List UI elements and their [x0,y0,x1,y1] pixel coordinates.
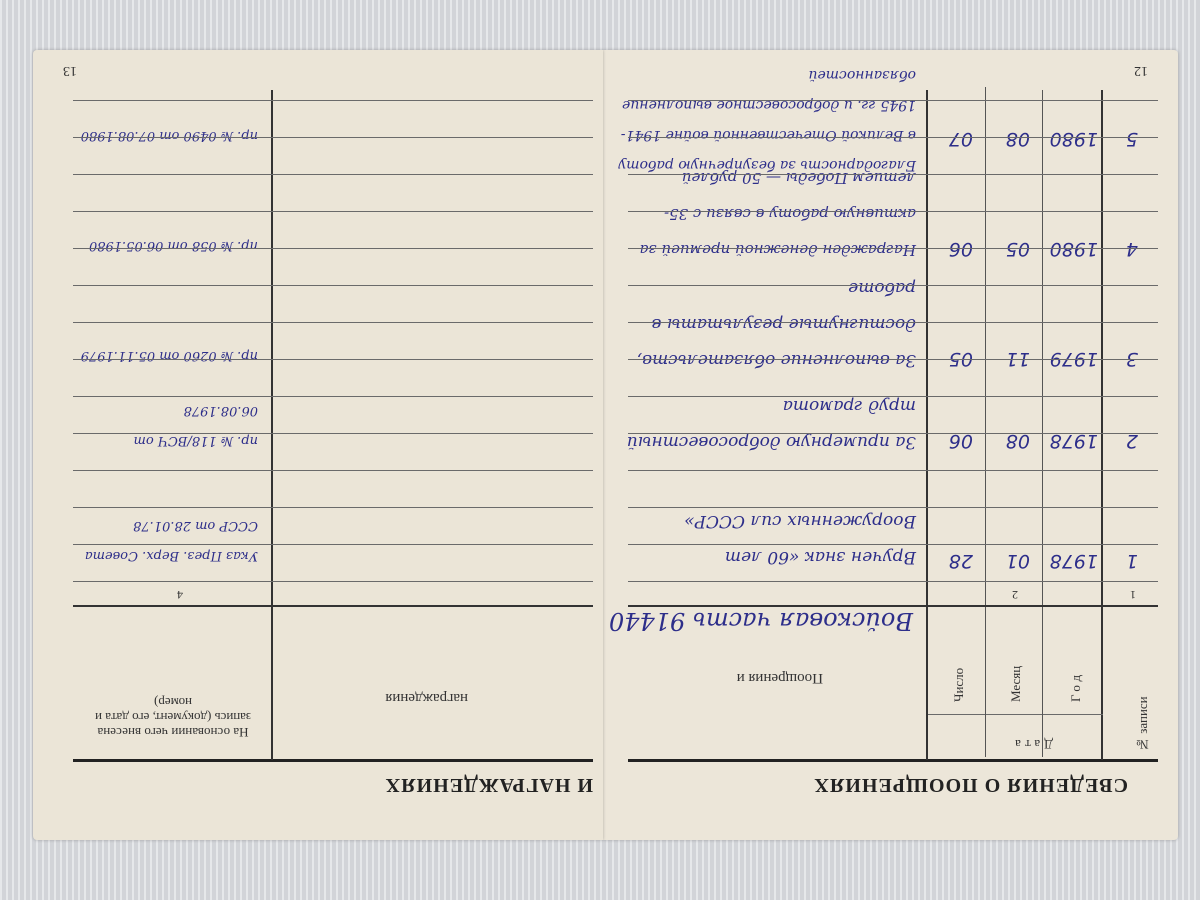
ruled-line [628,544,1158,545]
entry-text: Вручен знак «60 лет Вооруженных сил СССР… [616,503,916,575]
entry-no: 1 [1126,550,1138,572]
ruled-line [73,100,593,101]
ruled-line [73,359,593,360]
work-record-book: СВЕДЕНИЯ О ПООЩРЕНИЯХ № записи Дата Год … [18,40,1188,860]
ruled-line [628,174,1158,175]
entry-day: 28 [949,550,973,572]
ruled-line [628,248,1158,249]
column-divider [1042,90,1043,607]
ruled-line [73,396,593,397]
entry-text: За выполнение обязательств, достигнутые … [616,270,916,378]
ruled-line [628,100,1158,101]
column-divider [926,90,928,760]
ruled-line [73,174,593,175]
page-12: СВЕДЕНИЯ О ПООЩРЕНИЯХ № записи Дата Год … [603,50,1178,840]
entry-basis: пр. № 118/ВСЧ от 06.08.1978 [73,395,258,455]
ruled-line [628,507,1158,508]
row-line [73,581,593,582]
entry-no: 4 [1126,238,1138,260]
header-rule [628,759,1158,762]
entry-month: 01 [1006,550,1030,572]
ruled-line [73,507,593,508]
ruled-line [628,396,1158,397]
header-date: Дата [1011,737,1053,752]
header-bottom-rule [73,605,593,607]
entry-year: 1980 [1050,128,1098,150]
header-basis: На основании чего внесена запись (докуме… [88,695,258,740]
entry-text: За примерную добросовестный труд грамота [616,388,916,460]
ruled-line [73,470,593,471]
header-entry-no: № записи [1135,696,1150,752]
entry-basis: пр. № 0490 от 07.08.1980 [73,120,258,150]
entry-year: 1980 [1050,238,1098,260]
ruled-line [73,137,593,138]
entry-year: 1978 [1050,550,1098,572]
ruled-line [73,285,593,286]
column-number: 4 [177,587,183,602]
page-13: И НАГРАЖДЕНИЯХ награждения На основании … [33,50,603,840]
column-divider [271,90,273,760]
entry-no: 5 [1126,128,1138,150]
ruled-line [628,285,1158,286]
ruled-line [73,544,593,545]
ruled-line [73,211,593,212]
header-awards-part1: Поощрения и [737,670,823,685]
header-year: Год [1068,671,1083,702]
header-awards-part2: награждения [385,690,468,705]
entry-day: 06 [949,238,973,260]
entry-day: 07 [949,128,973,150]
column-number: 1 [1130,587,1136,602]
page-number: 13 [63,62,77,78]
header-day: Число [951,668,966,702]
ruled-line [628,433,1158,434]
header-rule [73,759,593,762]
column-divider [1042,607,1043,757]
ruled-line [73,248,593,249]
ruled-line [628,137,1158,138]
entry-basis: Указ През. Верх. Совета СССР от 28.01.78 [73,510,258,570]
column-divider [1101,90,1103,760]
ruled-line [628,211,1158,212]
date-header-line [928,714,1103,715]
ruled-line [628,359,1158,360]
ruled-line [628,322,1158,323]
org-stamp-handwritten: Войсковая часть 91440 [609,607,913,635]
header-month: Месяц [1008,666,1023,702]
ruled-line [628,470,1158,471]
page-title-right: И НАГРАЖДЕНИЯХ [385,773,593,796]
entry-basis: пр. № 058 от 06.05.1980 [73,230,258,260]
ruled-line [73,433,593,434]
page-title-left: СВЕДЕНИЯ О ПООЩРЕНИЯХ [813,773,1128,796]
page-number: 12 [1134,62,1148,78]
row-line [628,581,1158,582]
entry-month: 08 [1006,128,1030,150]
column-divider [985,87,986,757]
entry-month: 05 [1006,238,1030,260]
entry-text: Благодарность за безупречную работу в Ве… [616,60,916,180]
entry-basis: пр. № 0260 от 05.11.1979 [73,340,258,370]
column-number: 2 [1012,587,1018,602]
ruled-line [73,322,593,323]
